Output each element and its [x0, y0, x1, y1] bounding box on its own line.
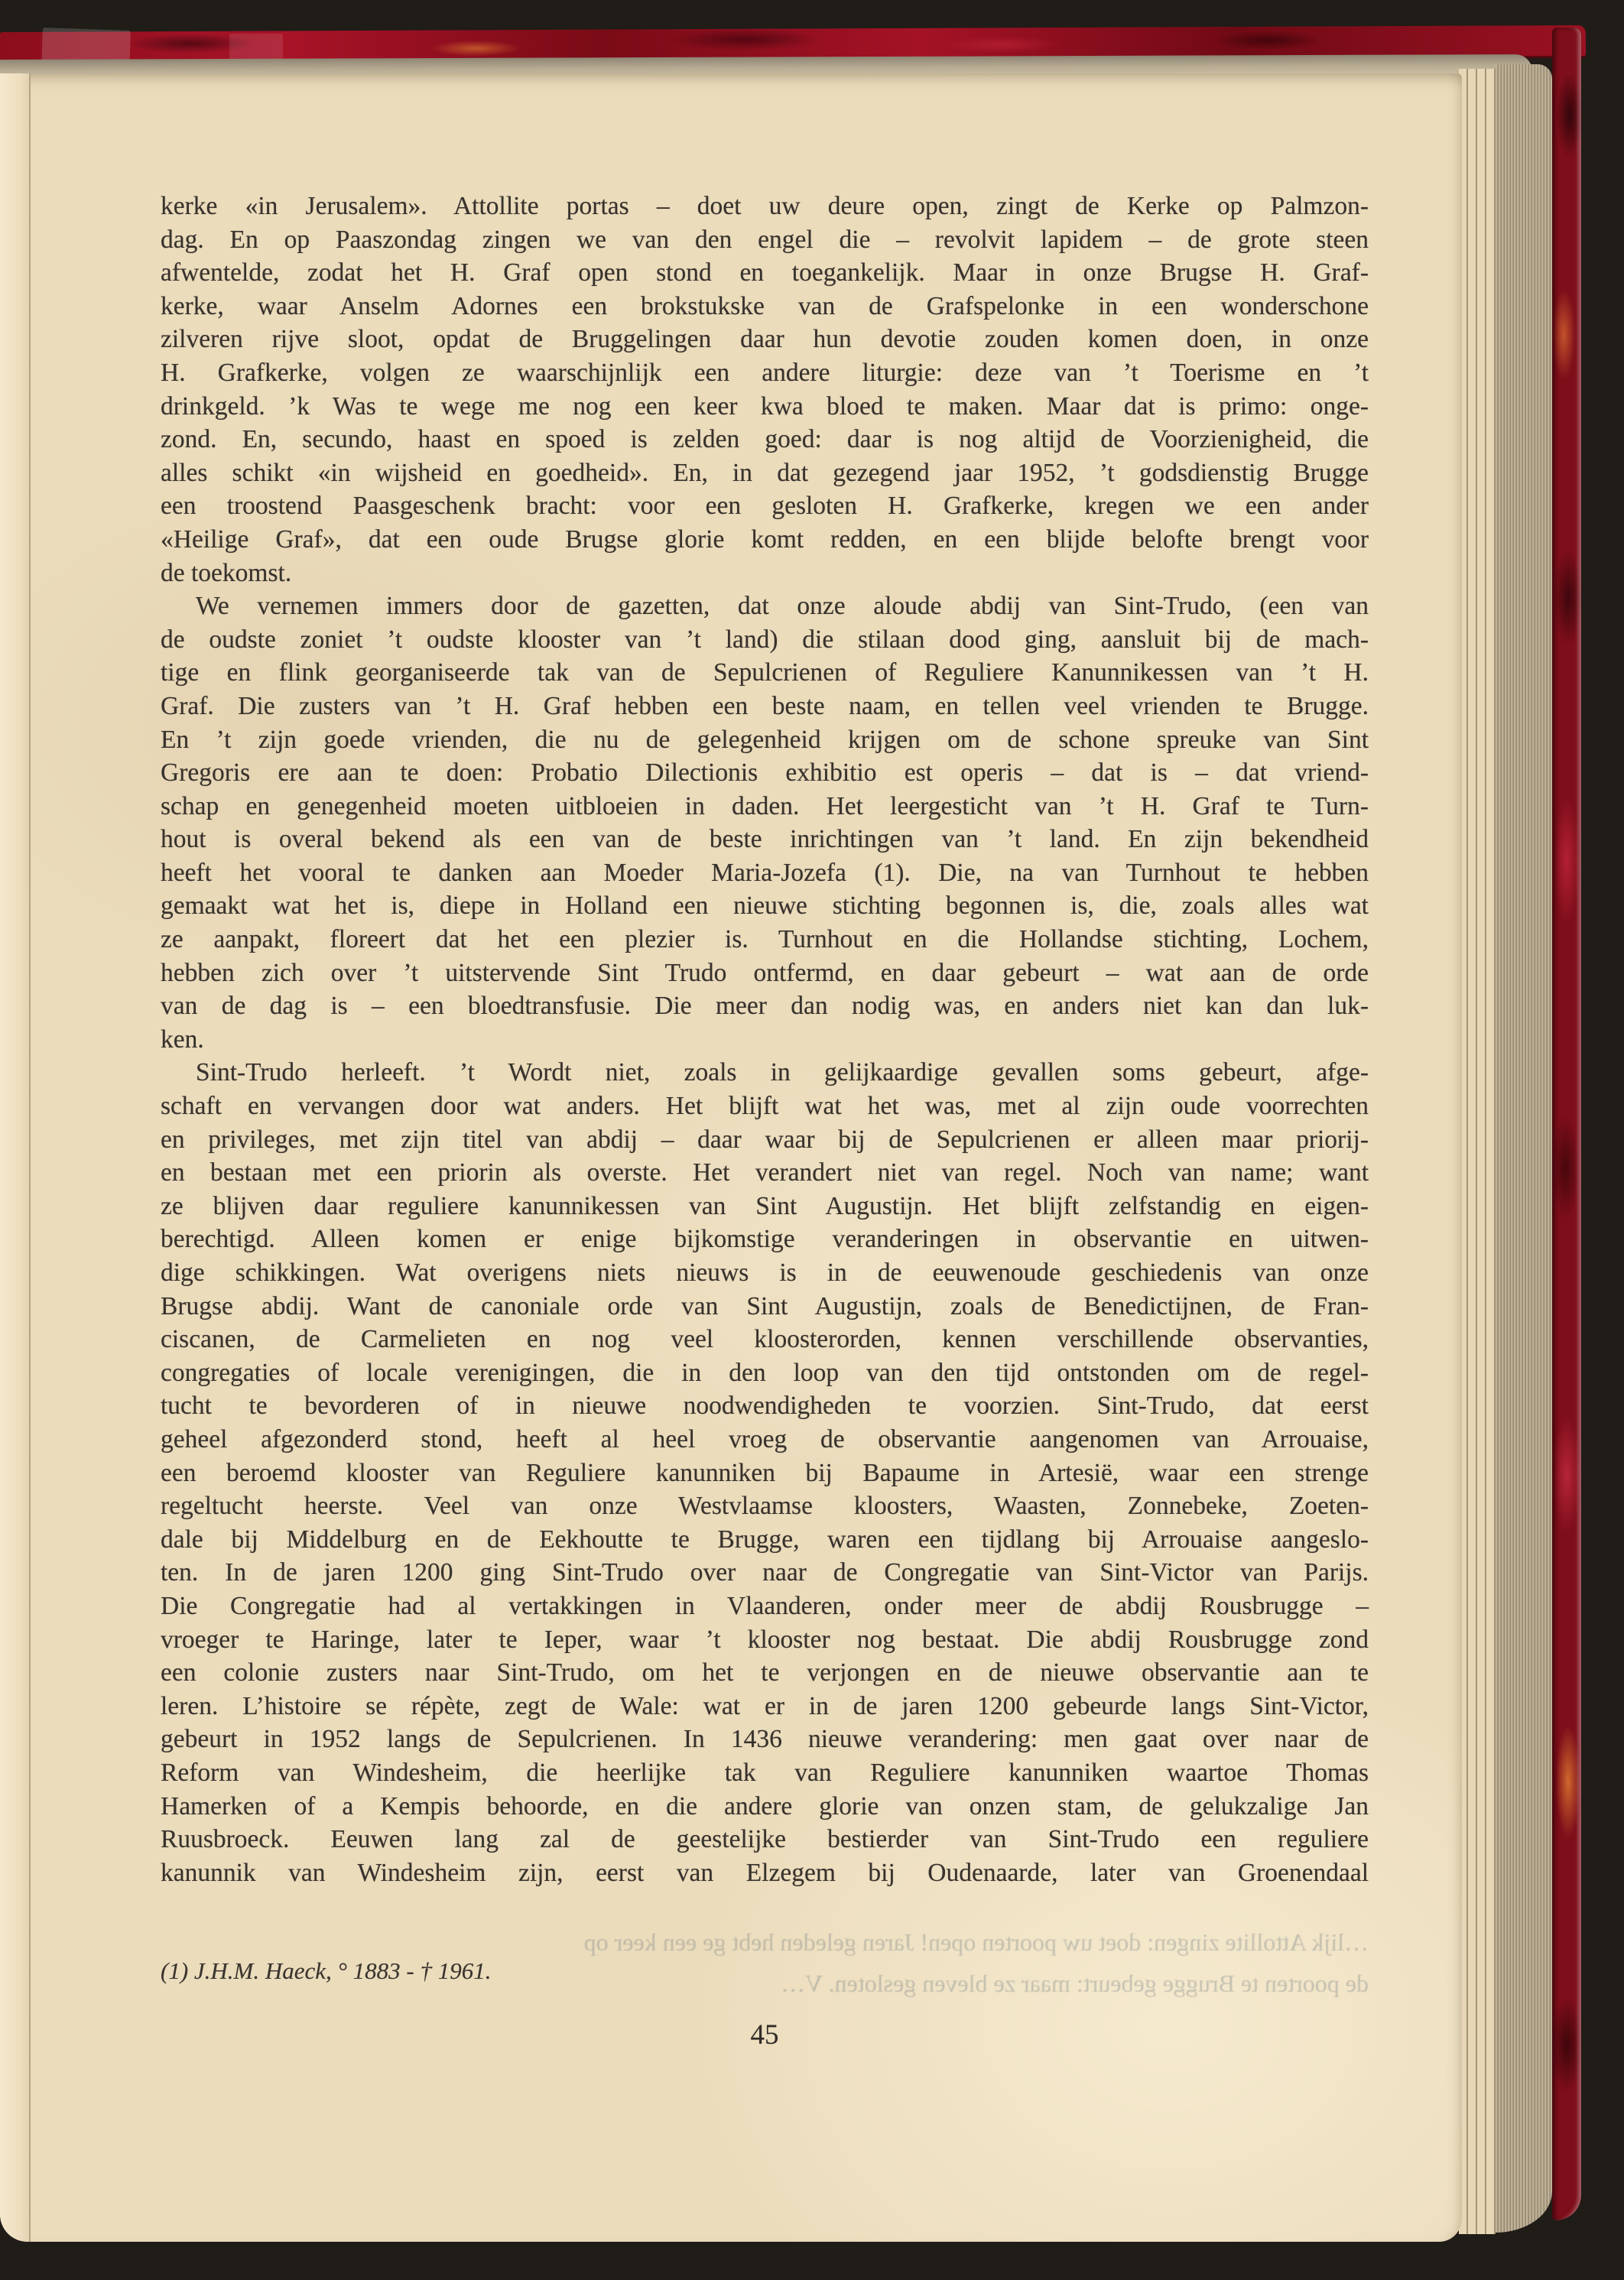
text-line: heeft het vooral te danken aan Moeder Ma… [161, 856, 1369, 890]
text-line: Reform van Windesheim, die heerlijke tak… [161, 1756, 1369, 1790]
page-stack-fore-edge-inner [1459, 69, 1496, 2234]
text-line: de oudste zoniet ’t oudste klooster van … [161, 623, 1369, 657]
text-line: Gregoris ere aan te doen: Probatio Dilec… [161, 756, 1369, 790]
text-line: drinkgeld. ’k Was te wege me nog een kee… [161, 390, 1369, 424]
text-line: geheel afgezonderd stond, heeft al heel … [161, 1423, 1369, 1457]
text-line: schaft en vervangen door wat anders. Het… [161, 1090, 1369, 1123]
text-line: de toekomst. [161, 557, 1369, 590]
text-line: congregaties of locale verenigingen, die… [161, 1356, 1369, 1390]
text-line: regeltucht heerste. Veel van onze Westvl… [161, 1489, 1369, 1523]
text-line: en privileges, met zijn titel van abdij … [161, 1123, 1369, 1157]
text-line: En ’t zijn goede vrienden, die nu de gel… [161, 723, 1369, 757]
text-line: gemaakt wat het is, diepe in Holland een… [161, 889, 1369, 923]
text-line: ciscanen, de Carmelieten en nog veel klo… [161, 1323, 1369, 1356]
text-line: kerke «in Jerusalem». Attollite portas –… [161, 190, 1369, 223]
footnote: (1) J.H.M. Haeck, ° 1883 - † 1961. [161, 1957, 1231, 1985]
text-line: een beroemd klooster van Reguliere kanun… [161, 1457, 1369, 1490]
text-line: Hamerken of a Kempis behoorde, en die an… [161, 1790, 1369, 1824]
text-line: dag. En op Paaszondag zingen we van den … [161, 223, 1369, 257]
text-line: alles schikt «in wijsheid en goedheid». … [161, 456, 1369, 490]
text-line: ze blijven daar reguliere kanunnikessen … [161, 1190, 1369, 1223]
page-gutter-edge [0, 73, 31, 2242]
text-line: een troostend Paasgeschenk bracht: voor … [161, 489, 1369, 523]
page-stack-fore-edge-outer [1496, 64, 1552, 2233]
text-line: dige schikkingen. Wat overigens niets ni… [161, 1256, 1369, 1290]
book-cover-marbled-edge [1552, 28, 1581, 2220]
text-line: zond. En, secundo, haast en spoed is zel… [161, 423, 1369, 456]
text-line: ten. In de jaren 1200 ging Sint-Trudo ov… [161, 1556, 1369, 1590]
page-number: 45 [161, 2019, 1369, 2051]
text-line: tucht te bevorderen of in nieuwe noodwen… [161, 1389, 1369, 1423]
text-line: hebben zich over ’t uitstervende Sint Tr… [161, 956, 1369, 990]
text-line: leren. L’histoire se répète, zegt de Wal… [161, 1690, 1369, 1723]
text-line: gebeurt in 1952 langs de Sepulcrienen. I… [161, 1723, 1369, 1756]
text-line: een colonie zusters naar Sint-Trudo, om … [161, 1656, 1369, 1690]
text-line: H. Grafkerke, volgen ze waarschijnlijk e… [161, 356, 1369, 390]
text-line: Die Congregatie had al vertakkingen in V… [161, 1590, 1369, 1623]
text-line: afwentelde, zodat het H. Graf open stond… [161, 256, 1369, 290]
text-line: kerke, waar Anselm Adornes een brokstuks… [161, 290, 1369, 323]
text-line: ken. [161, 1023, 1369, 1057]
text-line: zilveren rijve sloot, opdat de Bruggelin… [161, 323, 1369, 356]
text-line: kanunnik van Windesheim zijn, eerst van … [161, 1856, 1369, 1890]
scanned-book-photo: …lijk Attollite zingen: doet uw poorten … [0, 0, 1624, 2280]
text-line: berechtigd. Alleen komen er enige bijkom… [161, 1223, 1369, 1256]
text-line: «Heilige Graf», dat een oude Brugse glor… [161, 523, 1369, 557]
text-line: schap en genegenheid moeten uitbloeien i… [161, 790, 1369, 823]
show-through-text: …lijk Attollite zingen: doet uw poorten … [161, 1927, 1369, 1957]
text-line: hout is overal bekend als een van de bes… [161, 823, 1369, 856]
text-line: vroeger te Haringe, later te Ieper, waar… [161, 1623, 1369, 1657]
text-line: Graf. Die zusters van ’t H. Graf hebben … [161, 690, 1369, 723]
text-line: We vernemen immers door de gazetten, dat… [161, 589, 1369, 623]
text-line: dale bij Middelburg en de Eekhoutte te B… [161, 1523, 1369, 1557]
text-line: tige en flink georganiseerde tak van de … [161, 656, 1369, 690]
text-line: ze aanpakt, floreert dat het een plezier… [161, 923, 1369, 956]
text-block: kerke «in Jerusalem». Attollite portas –… [161, 190, 1369, 1889]
text-line: en bestaan met een priorin als overste. … [161, 1156, 1369, 1190]
text-line: van de dag is – een bloedtransfusie. Die… [161, 989, 1369, 1023]
text-line: Sint-Trudo herleeft. ’t Wordt niet, zoal… [161, 1056, 1369, 1090]
text-line: Ruusbroeck. Eeuwen lang zal de geestelij… [161, 1823, 1369, 1856]
text-line: Brugse abdij. Want de canoniale orde van… [161, 1290, 1369, 1324]
